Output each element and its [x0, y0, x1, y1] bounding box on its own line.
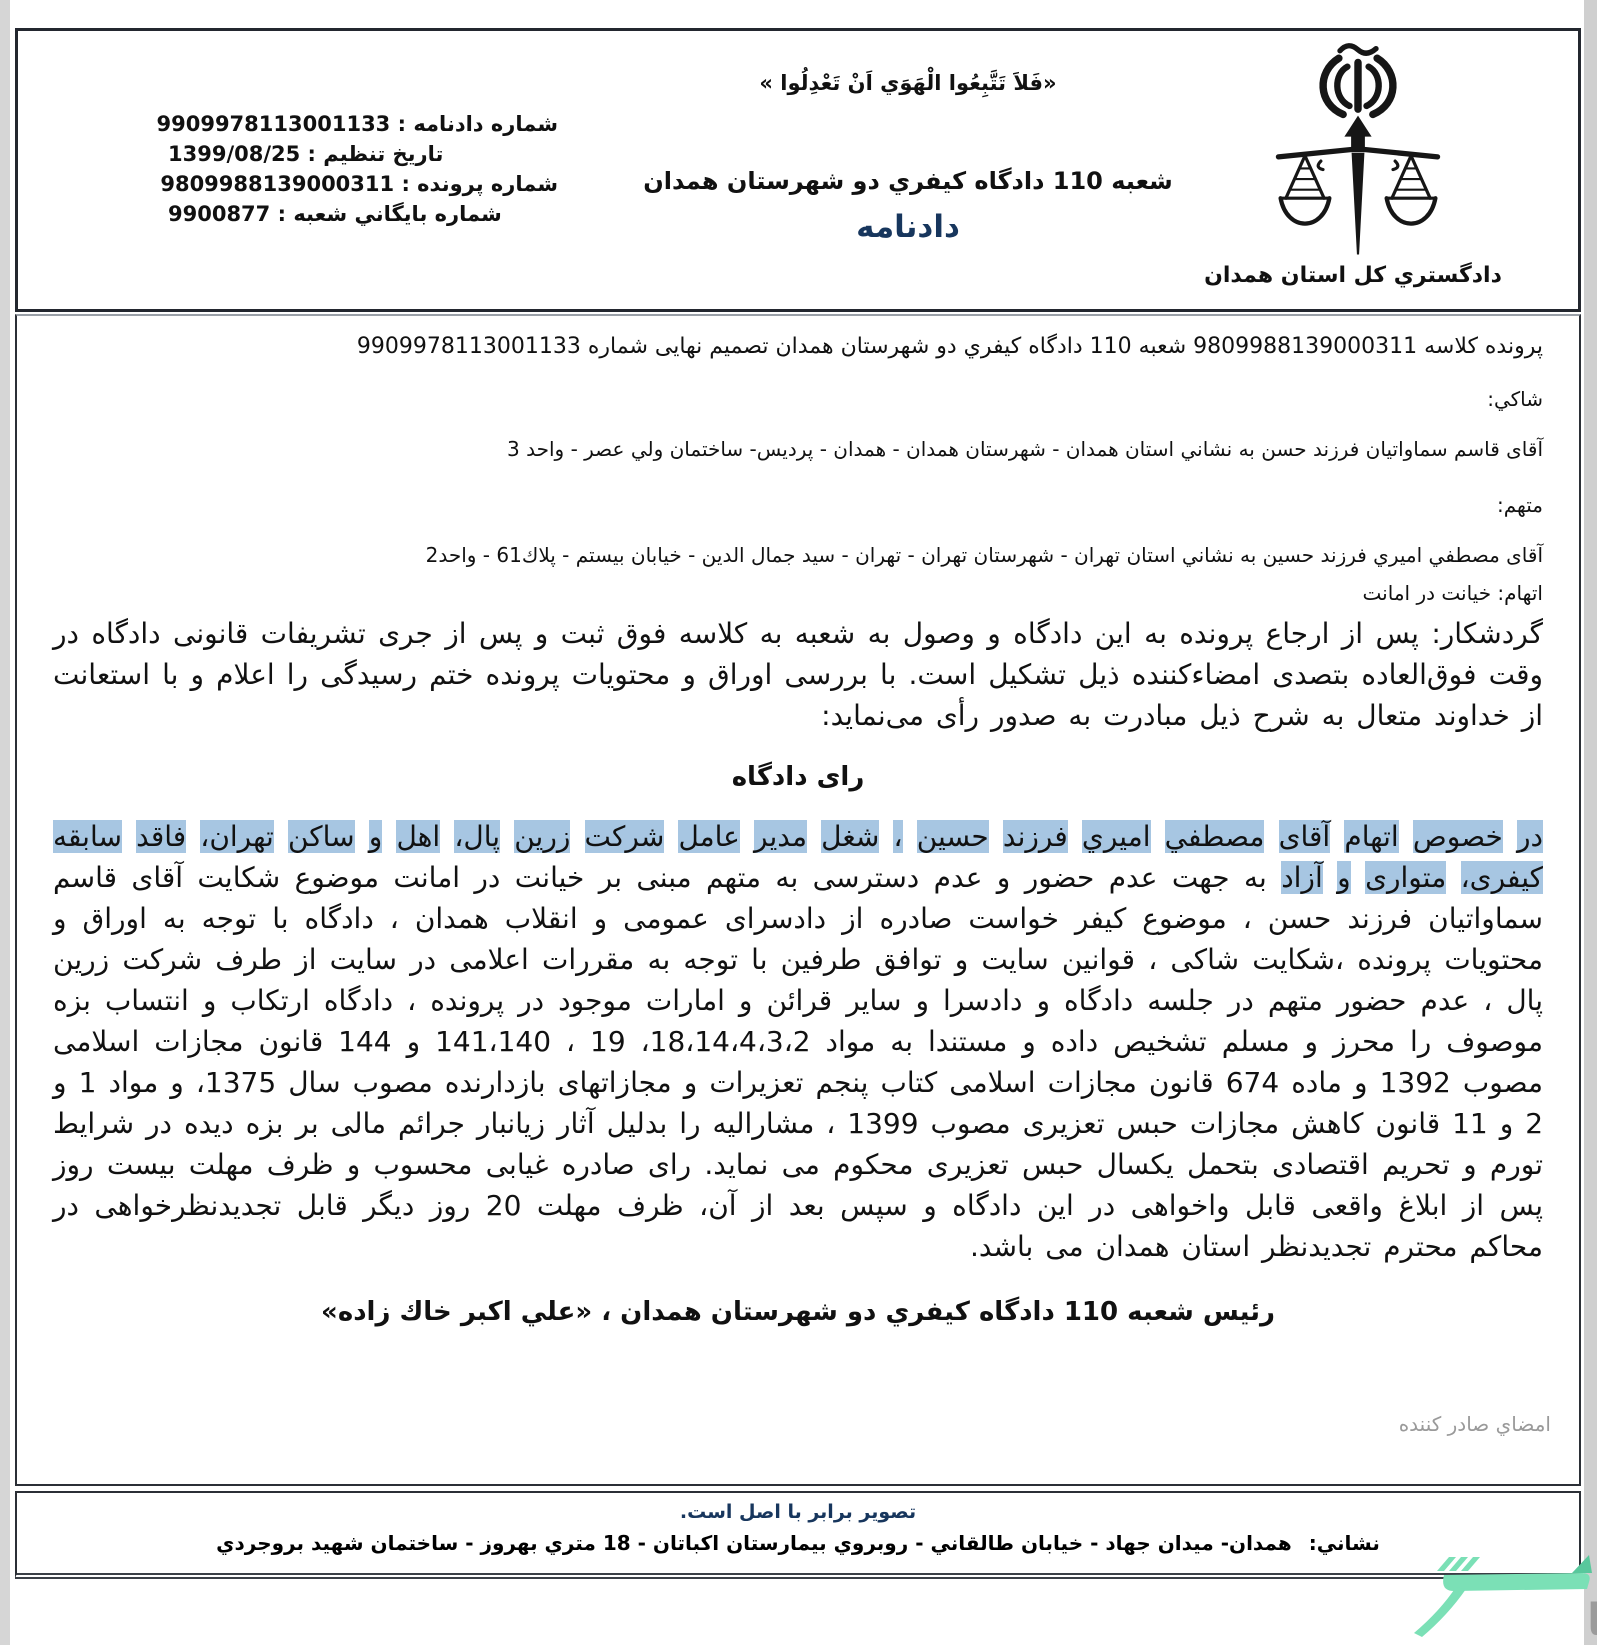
defendant-details: آقای مصطفي اميري فرزند حسين به نشاني است…	[53, 543, 1543, 567]
case-summary-line: پرونده کلاسه 9809988139000311 شعبه 110 د…	[53, 334, 1543, 359]
meta-value: 9900877	[168, 202, 270, 226]
court-branch-title: شعبه 110 دادگاه كيفري دو شهرستان همدان	[618, 167, 1198, 195]
scan-edge-right	[1584, 0, 1597, 1645]
defendant-label: متهم:	[53, 493, 1543, 517]
document-footer: تصویر برابر با اصل است. نشاني: همدان- مي…	[15, 1491, 1581, 1579]
plaintiff-details: آقای قاسم سماواتیان فرزند حسن به نشاني ا…	[53, 437, 1543, 461]
verdict-body: پرونده کلاسه 9809988139000311 شعبه 110 د…	[15, 314, 1581, 1486]
justice-department-caption: دادگستري كل استان همدان	[1158, 263, 1548, 288]
scan-edge-left	[0, 0, 10, 1645]
case-metadata-block: شماره دادنامه : 9909978113001133 تاريخ ت…	[168, 109, 558, 229]
procedure-paragraph: گردشكار: پس از ارجاع پرونده به این دادگا…	[53, 613, 1543, 736]
court-address-line: نشاني: همدان- ميدان جهاد - خيابان طالقان…	[17, 1531, 1579, 1555]
metadata-line: تاريخ تنظيم : 1399/08/25	[168, 139, 558, 169]
madyar-logo-text: مديا	[1587, 1595, 1597, 1645]
issuer-signature-note: امضاي صادر كننده	[1399, 1412, 1551, 1436]
plaintiff-label: شاكي:	[53, 387, 1543, 411]
verdict-paragraph: در خصوص اتهام آقای مصطفي اميري فرزند حسي…	[53, 816, 1543, 1267]
address-text: همدان- ميدان جهاد - خيابان طالقاني - روب…	[216, 1531, 1292, 1555]
meta-value: 1399/08/25	[168, 142, 300, 166]
certified-copy-note: تصویر برابر با اصل است.	[17, 1501, 1579, 1523]
madyar-logo-watermark: مديا	[1382, 1545, 1597, 1645]
meta-value: 9909978113001133	[157, 112, 391, 136]
charge-line: اتهام: خيانت در امانت	[53, 581, 1543, 605]
meta-label: شماره پرونده :	[401, 172, 558, 196]
meta-label: شماره دادنامه :	[398, 112, 558, 136]
metadata-line: شماره دادنامه : 9909978113001133	[168, 109, 558, 139]
iran-judiciary-scales-emblem-icon	[1253, 37, 1463, 265]
meta-value: 9809988139000311	[160, 172, 394, 196]
metadata-line: شماره پرونده : 9809988139000311	[168, 169, 558, 199]
judge-signature-line: رئیس شعبه 110 دادگاه كيفري دو شهرستان هم…	[53, 1297, 1543, 1327]
document-header: «فَلاَ تَتَّبِعُوا الْهَوَي اَنْ تَعْدِل…	[15, 28, 1581, 312]
court-verdict-page: { "header": { "verse": "«فَلاَ تَتَّبِعُ…	[0, 0, 1597, 1645]
metadata-line: شماره بايگاني شعبه : 9900877	[168, 199, 558, 229]
meta-label: تاريخ تنظيم :	[308, 142, 444, 166]
address-label: نشاني:	[1309, 1531, 1380, 1555]
meta-label: شماره بايگاني شعبه :	[278, 202, 502, 226]
verdict-rest-text: به جهت عدم حضور و عدم دسترسی به متهم مبن…	[53, 861, 1543, 1263]
verdict-heading: رای دادگاه	[53, 762, 1543, 792]
document-title: دادنامه	[618, 209, 1198, 245]
quran-verse: «فَلاَ تَتَّبِعُوا الْهَوَي اَنْ تَعْدِل…	[638, 71, 1178, 95]
